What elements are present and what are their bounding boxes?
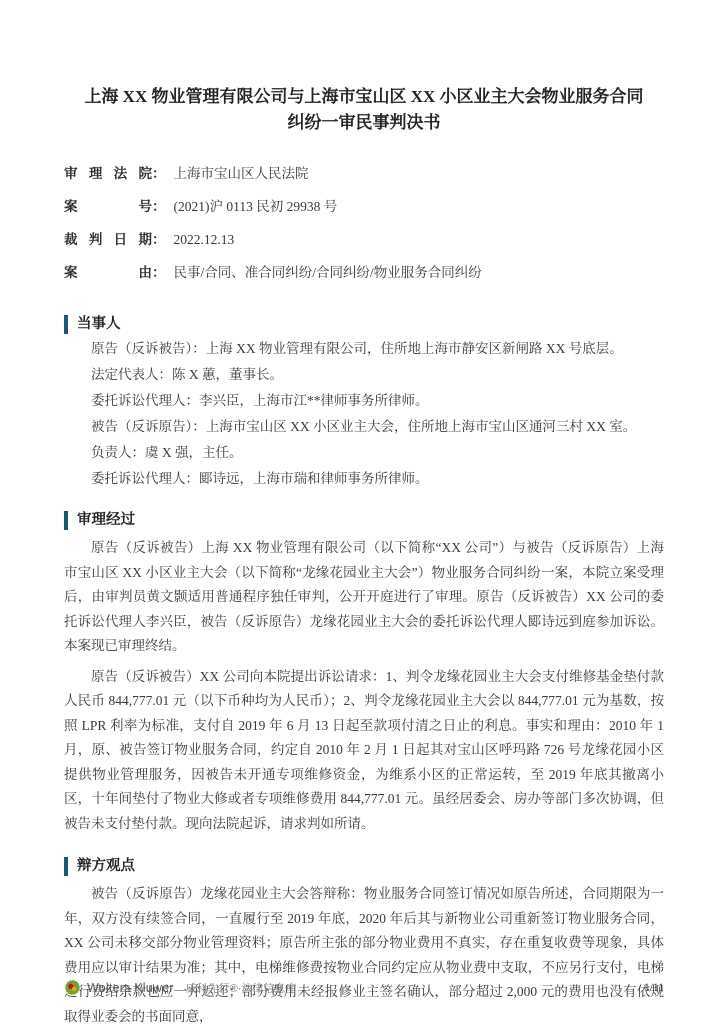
wolters-kluwer-logo-icon (64, 979, 81, 996)
meta-row-judgment-date: 裁判日期：2022.12.13 (64, 228, 664, 261)
defense-opinion-paragraph-1: 被告（反诉原告）龙缘花园业主大会答辩称：物业服务合同签订情况如原告所述，合同期限… (64, 882, 664, 1024)
section-heading-trial-process: 审理经过 (64, 511, 664, 530)
meta-value-cause: 民事/合同、准合同纠纷/合同纠纷/物业服务合同纠纷 (174, 261, 482, 281)
meta-row-case-number: 案号：(2021)沪 0113 民初 29938 号 (64, 195, 664, 228)
party-line-legal-representative: 法定代表人：陈 X 蕙，董事长。 (64, 363, 664, 386)
meta-label-court: 审理法院 (64, 162, 152, 182)
party-line-plaintiff: 原告（反诉被告）：上海 XX 物业管理有限公司，住所地上海市静安区新闸路 XX … (64, 337, 664, 360)
meta-colon: ： (152, 228, 166, 248)
section-heading-defense-opinion: 辩方观点 (64, 857, 664, 876)
meta-value-judgment-date: 2022.12.13 (174, 232, 235, 248)
footer-brand-text: Wolters Kluwer (87, 981, 174, 995)
trial-process-paragraph-1: 原告（反诉被告）上海 XX 物业管理有限公司（以下简称“XX 公司”）与被告（反… (64, 536, 664, 659)
case-metadata: 审理法院：上海市宝山区人民法院 案号：(2021)沪 0113 民初 29938… (64, 162, 664, 294)
party-line-defendant-agent: 委托诉讼代理人：郾诗远，上海市瑞和律师事务所律师。 (64, 467, 664, 490)
trial-process-paragraph-2: 原告（反诉被告）XX 公司向本院提出诉讼请求：1、判令龙缘花园业主大会支付维修基… (64, 665, 664, 837)
meta-row-court: 审理法院：上海市宝山区人民法院 (64, 162, 664, 195)
page-title: 上海 XX 物业管理有限公司与上海市宝山区 XX 小区业主大会物业服务合同纠纷一… (64, 84, 664, 136)
section-heading-parties: 当事人 (64, 315, 664, 334)
page-footer: Wolters Kluwer 威科先行®·法律信息库 1/11 (64, 979, 664, 996)
document-page: 上海 XX 物业管理有限公司与上海市宝山区 XX 小区业主大会物业服务合同纠纷一… (0, 0, 724, 1024)
meta-colon: ： (152, 195, 166, 215)
meta-label-judgment-date: 裁判日期 (64, 228, 152, 248)
meta-value-case-number: (2021)沪 0113 民初 29938 号 (174, 195, 338, 215)
party-line-plaintiff-agent: 委托诉讼代理人：李兴臣，上海市江**律师事务所律师。 (64, 389, 664, 412)
section-defense-opinion: 辩方观点 被告（反诉原告）龙缘花园业主大会答辩称：物业服务合同签订情况如原告所述… (64, 857, 664, 1024)
party-line-defendant: 被告（反诉原告）：上海市宝山区 XX 小区业主大会，住所地上海市宝山区通河三村 … (64, 415, 664, 438)
section-parties: 当事人 原告（反诉被告）：上海 XX 物业管理有限公司，住所地上海市静安区新闸路… (64, 315, 664, 490)
page-number: 1/11 (644, 982, 664, 994)
meta-colon: ： (152, 261, 166, 281)
party-line-person-in-charge: 负责人：虞 X 强，主任。 (64, 441, 664, 464)
meta-colon: ： (152, 162, 166, 182)
meta-value-court: 上海市宝山区人民法院 (174, 162, 309, 182)
footer-product-text: 威科先行®·法律信息库 (186, 980, 297, 996)
meta-label-cause: 案由 (64, 261, 152, 281)
meta-row-cause: 案由：民事/合同、准合同纠纷/合同纠纷/物业服务合同纠纷 (64, 261, 664, 294)
meta-label-case-number: 案号 (64, 195, 152, 215)
section-trial-process: 审理经过 原告（反诉被告）上海 XX 物业管理有限公司（以下简称“XX 公司”）… (64, 511, 664, 836)
